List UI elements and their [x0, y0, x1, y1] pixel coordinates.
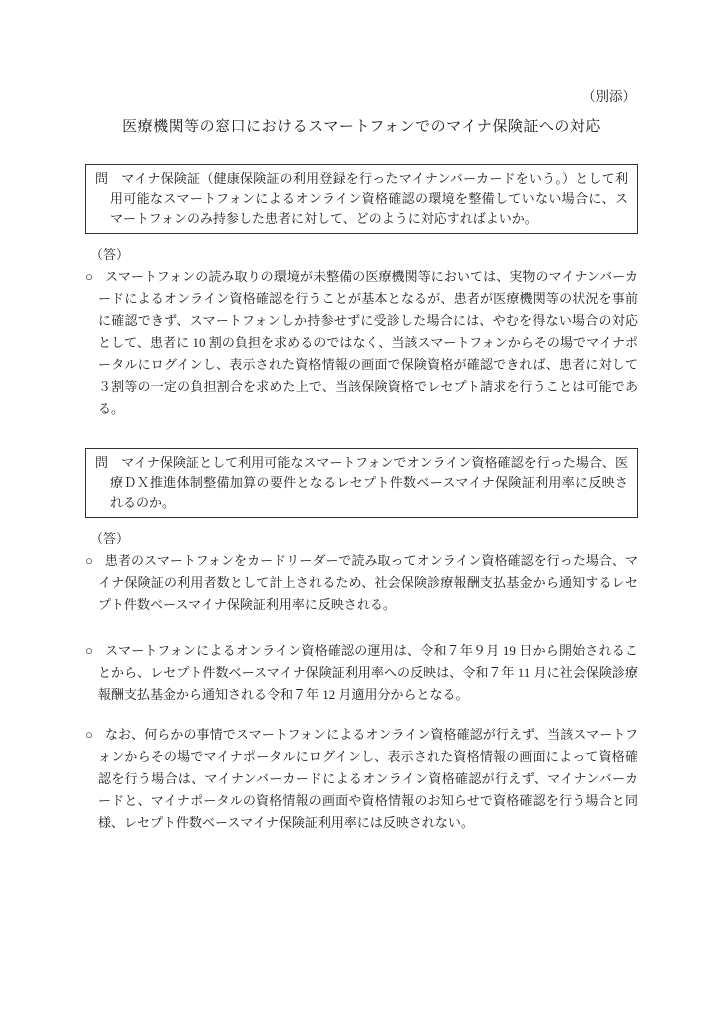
- answer-item: ○スマートフォンによるオンライン資格確認の運用は、令和７年９月 19 日から開始…: [85, 640, 638, 706]
- answer-item: ○スマートフォンの読み取りの環境が未整備の医療機関等においては、実物のマイナンバ…: [85, 266, 638, 420]
- question-body: マイナ保険証（健康保険証の利用登録を行ったマイナンバーカードをいう。）として利用…: [110, 171, 628, 226]
- question-box-1: 問マイナ保険証（健康保険証の利用登録を行ったマイナンバーカードをいう。）として利…: [85, 164, 638, 234]
- qa-section-2: 問マイナ保険証として利用可能なスマートフォンでオンライン資格確認を行った場合、医…: [85, 448, 638, 834]
- qa-section-1: 問マイナ保険証（健康保険証の利用登録を行ったマイナンバーカードをいう。）として利…: [85, 164, 638, 420]
- circle-bullet: ○: [85, 643, 93, 658]
- question-text: 問マイナ保険証として利用可能なスマートフォンでオンライン資格確認を行った場合、医…: [95, 453, 628, 513]
- circle-bullet: ○: [85, 269, 93, 284]
- attachment-note: （別添）: [85, 88, 638, 106]
- question-box-2: 問マイナ保険証として利用可能なスマートフォンでオンライン資格確認を行った場合、医…: [85, 448, 638, 518]
- answer-label: （答）: [90, 528, 638, 550]
- page-title: 医療機関等の窓口におけるスマートフォンでのマイナ保険証への対応: [85, 116, 638, 138]
- answer-item: ○なお、何らかの事情でスマートフォンによるオンライン資格確認が行えず、当該スマー…: [85, 724, 638, 834]
- question-body: マイナ保険証として利用可能なスマートフォンでオンライン資格確認を行った場合、医療…: [110, 455, 628, 510]
- answer-label: （答）: [90, 244, 638, 266]
- circle-bullet: ○: [85, 727, 93, 742]
- document-content: （別添） 医療機関等の窓口におけるスマートフォンでのマイナ保険証への対応 問マイ…: [85, 88, 638, 834]
- question-label: 問: [95, 171, 108, 186]
- circle-bullet: ○: [85, 553, 93, 568]
- answer-text: スマートフォンの読み取りの環境が未整備の医療機関等においては、実物のマイナンバー…: [98, 269, 638, 416]
- question-text: 問マイナ保険証（健康保険証の利用登録を行ったマイナンバーカードをいう。）として利…: [95, 169, 628, 229]
- answer-text: スマートフォンによるオンライン資格確認の運用は、令和７年９月 19 日から開始さ…: [98, 643, 638, 702]
- question-label: 問: [95, 455, 108, 470]
- answer-item: ○患者のスマートフォンをカードリーダーで読み取ってオンライン資格確認を行った場合…: [85, 550, 638, 616]
- answer-text: 患者のスマートフォンをカードリーダーで読み取ってオンライン資格確認を行った場合、…: [98, 553, 638, 612]
- document-page: （別添） 医療機関等の窓口におけるスマートフォンでのマイナ保険証への対応 問マイ…: [0, 0, 724, 1024]
- answer-text: なお、何らかの事情でスマートフォンによるオンライン資格確認が行えず、当該スマート…: [98, 727, 638, 830]
